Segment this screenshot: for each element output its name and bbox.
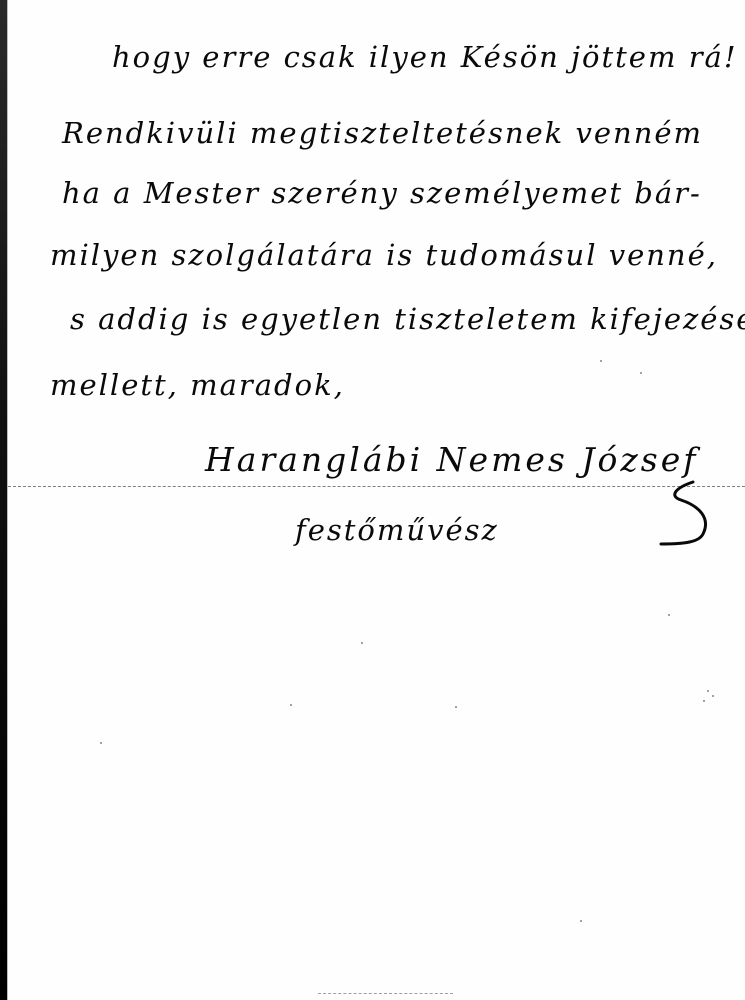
scan-speck (580, 920, 582, 922)
scan-speck (455, 706, 457, 708)
letter-line-4: milyen szolgálatára is tudomásul venné, (50, 238, 718, 272)
scan-speck (600, 360, 602, 362)
letter-line-5: s addig is egyetlen tiszteletem kifejezé… (70, 302, 745, 336)
signature-name: Haranglábi Nemes József (205, 440, 699, 479)
signature-flourish-icon (655, 478, 715, 548)
letter-line-1: hogy erre csak ilyen Késön jöttem rá! (112, 40, 738, 74)
letter-page: hogy erre csak ilyen Késön jöttem rá! Re… (0, 0, 745, 1000)
scan-speck (100, 742, 102, 744)
scan-speck (703, 700, 705, 702)
letter-line-3: ha a Mester szerény személyemet bár- (62, 176, 702, 210)
scan-speck (361, 642, 363, 644)
scan-speck (712, 695, 714, 697)
page-left-edge-shadow (7, 0, 8, 1000)
scan-speck (707, 690, 709, 692)
page-left-edge (0, 0, 7, 1000)
scan-speck (640, 372, 642, 374)
letter-line-6: mellett, maradok, (50, 368, 345, 402)
letter-line-2: Rendkivüli megtiszteltetésnek venném (62, 116, 703, 150)
scan-speck (668, 614, 670, 616)
bottom-edge-mark (318, 993, 453, 994)
fold-line (8, 486, 745, 487)
scan-speck (290, 704, 292, 706)
signature-title: festőművész (295, 513, 499, 547)
